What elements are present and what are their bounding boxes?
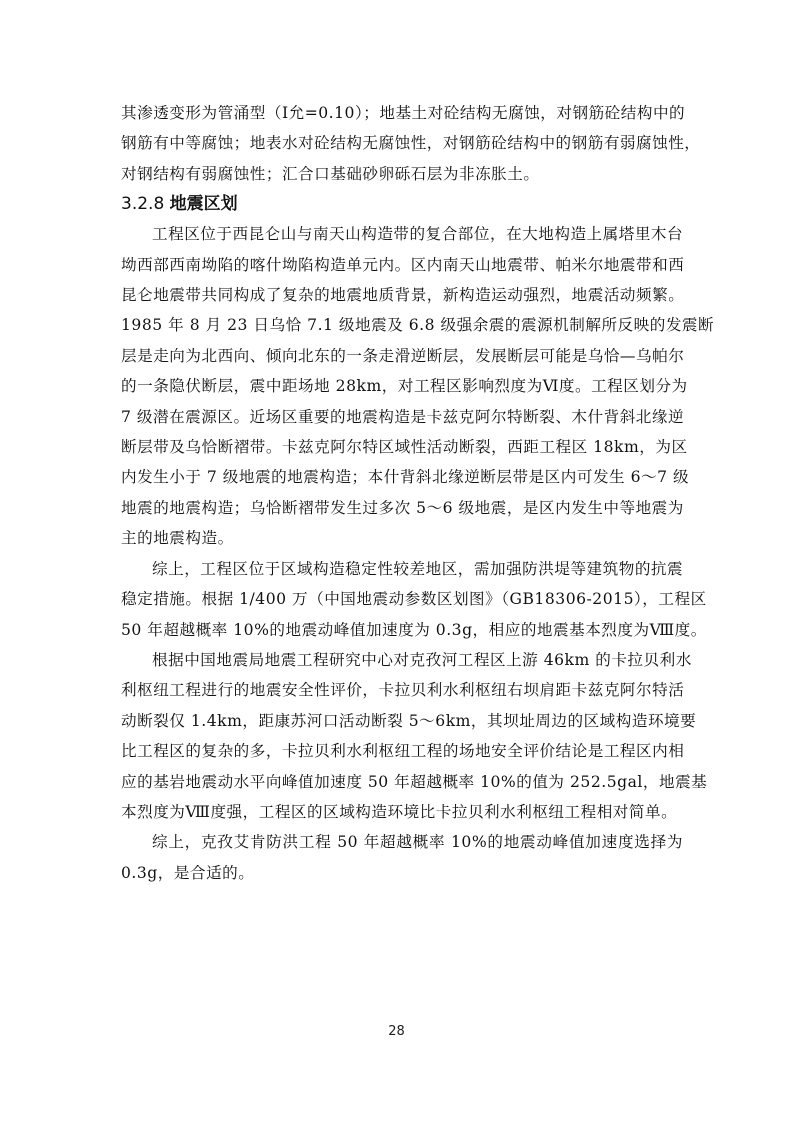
text-line: 根据中国地震局地震工程研究中心对克孜河工程区上游 46km 的卡拉贝利水 — [121, 645, 683, 675]
section-heading: 3.2.8 地震区划 — [121, 189, 683, 219]
page-number: 28 — [0, 1024, 793, 1039]
text-line: 1985 年 8 月 23 日乌恰 7.1 级地震及 6.8 级强余震的震源机制… — [121, 310, 683, 340]
text-line: 综上，工程区位于区域构造稳定性较差地区，需加强防洪堤等建筑物的抗震 — [121, 554, 683, 584]
section-number: 3.2.8 — [121, 194, 164, 214]
text-line: 综上，克孜艾肯防洪工程 50 年超越概率 10%的地震动峰值加速度选择为 — [121, 827, 683, 857]
text-line: 钢筋有中等腐蚀；地表水对砼结构无腐蚀性，对钢筋砼结构中的钢筋有弱腐蚀性， — [121, 128, 683, 158]
text-line: 0.3g，是合适的。 — [121, 858, 683, 888]
text-line: 本烈度为Ⅷ度强，工程区的区域构造环境比卡拉贝利水利枢纽工程相对简单。 — [121, 797, 683, 827]
text-line: 对钢结构有弱腐蚀性；汇合口基础砂卵砾石层为非冻胀土。 — [121, 159, 683, 189]
text-line: 层是走向为北西向、倾向北东的一条走滑逆断层，发展断层可能是乌恰—乌帕尔 — [121, 341, 683, 371]
text-line: 应的基岩地震动水平向峰值加速度 50 年超越概率 10%的值为 252.5gal… — [121, 767, 683, 797]
text-line: 坳西部西南坳陷的喀什坳陷构造单元内。区内南天山地震带、帕米尔地震带和西 — [121, 250, 683, 280]
text-line: 工程区位于西昆仑山与南天山构造带的复合部位，在大地构造上属塔里木台 — [121, 219, 683, 249]
section-title: 地震区划 — [170, 194, 238, 214]
text-line: 利枢纽工程进行的地震安全性评价，卡拉贝利水利枢纽右坝肩距卡兹克阿尔特活 — [121, 675, 683, 705]
text-line: 内发生小于 7 级地震的地震构造；本什背斜北缘逆断层带是区内可发生 6～7 级 — [121, 462, 683, 492]
text-line: 稳定措施。根据 1/400 万（中国地震动参数区划图》（GB18306-2015… — [121, 584, 683, 614]
paragraph-summary-zoning: 综上，工程区位于区域构造稳定性较差地区，需加强防洪堤等建筑物的抗震 稳定措施。根… — [121, 554, 683, 645]
text-line: 7 级潜在震源区。近场区重要的地震构造是卡兹克阿尔特断裂、木什背斜北缘逆 — [121, 402, 683, 432]
intro-paragraph: 其渗透变形为管涌型（I允=0.10）；地基土对砼结构无腐蚀，对钢筋砼结构中的 钢… — [121, 98, 683, 189]
text-line: 地震的地震构造；乌恰断褶带发生过多次 5～6 级地震，是区内发生中等地震为 — [121, 493, 683, 523]
text-line: 动断裂仅 1.4km，距康苏河口活动断裂 5～6km，其坝址周边的区域构造环境要 — [121, 706, 683, 736]
text-line: 50 年超越概率 10%的地震动峰值加速度为 0.3g，相应的地震基本烈度为Ⅷ度… — [121, 615, 683, 645]
document-page: 其渗透变形为管涌型（I允=0.10）；地基土对砼结构无腐蚀，对钢筋砼结构中的 钢… — [121, 98, 683, 888]
text-line: 的一条隐伏断层，震中距场地 28km，对工程区影响烈度为Ⅵ度。工程区划分为 — [121, 371, 683, 401]
text-line: 昆仑地震带共同构成了复杂的地震地质背景，新构造运动强烈，地震活动频繁。 — [121, 280, 683, 310]
paragraph-safety-evaluation: 根据中国地震局地震工程研究中心对克孜河工程区上游 46km 的卡拉贝利水 利枢纽… — [121, 645, 683, 827]
text-line: 主的地震构造。 — [121, 523, 683, 553]
text-line: 断层带及乌恰断褶带。卡兹克阿尔特区域性活动断裂，西距工程区 18km，为区 — [121, 432, 683, 462]
text-line: 比工程区的复杂的多，卡拉贝利水利枢纽工程的场地安全评价结论是工程区内相 — [121, 736, 683, 766]
paragraph-conclusion: 综上，克孜艾肯防洪工程 50 年超越概率 10%的地震动峰值加速度选择为 0.3… — [121, 827, 683, 888]
text-line: 其渗透变形为管涌型（I允=0.10）；地基土对砼结构无腐蚀，对钢筋砼结构中的 — [121, 98, 683, 128]
paragraph-seismic-background: 工程区位于西昆仑山与南天山构造带的复合部位，在大地构造上属塔里木台 坳西部西南坳… — [121, 219, 683, 553]
